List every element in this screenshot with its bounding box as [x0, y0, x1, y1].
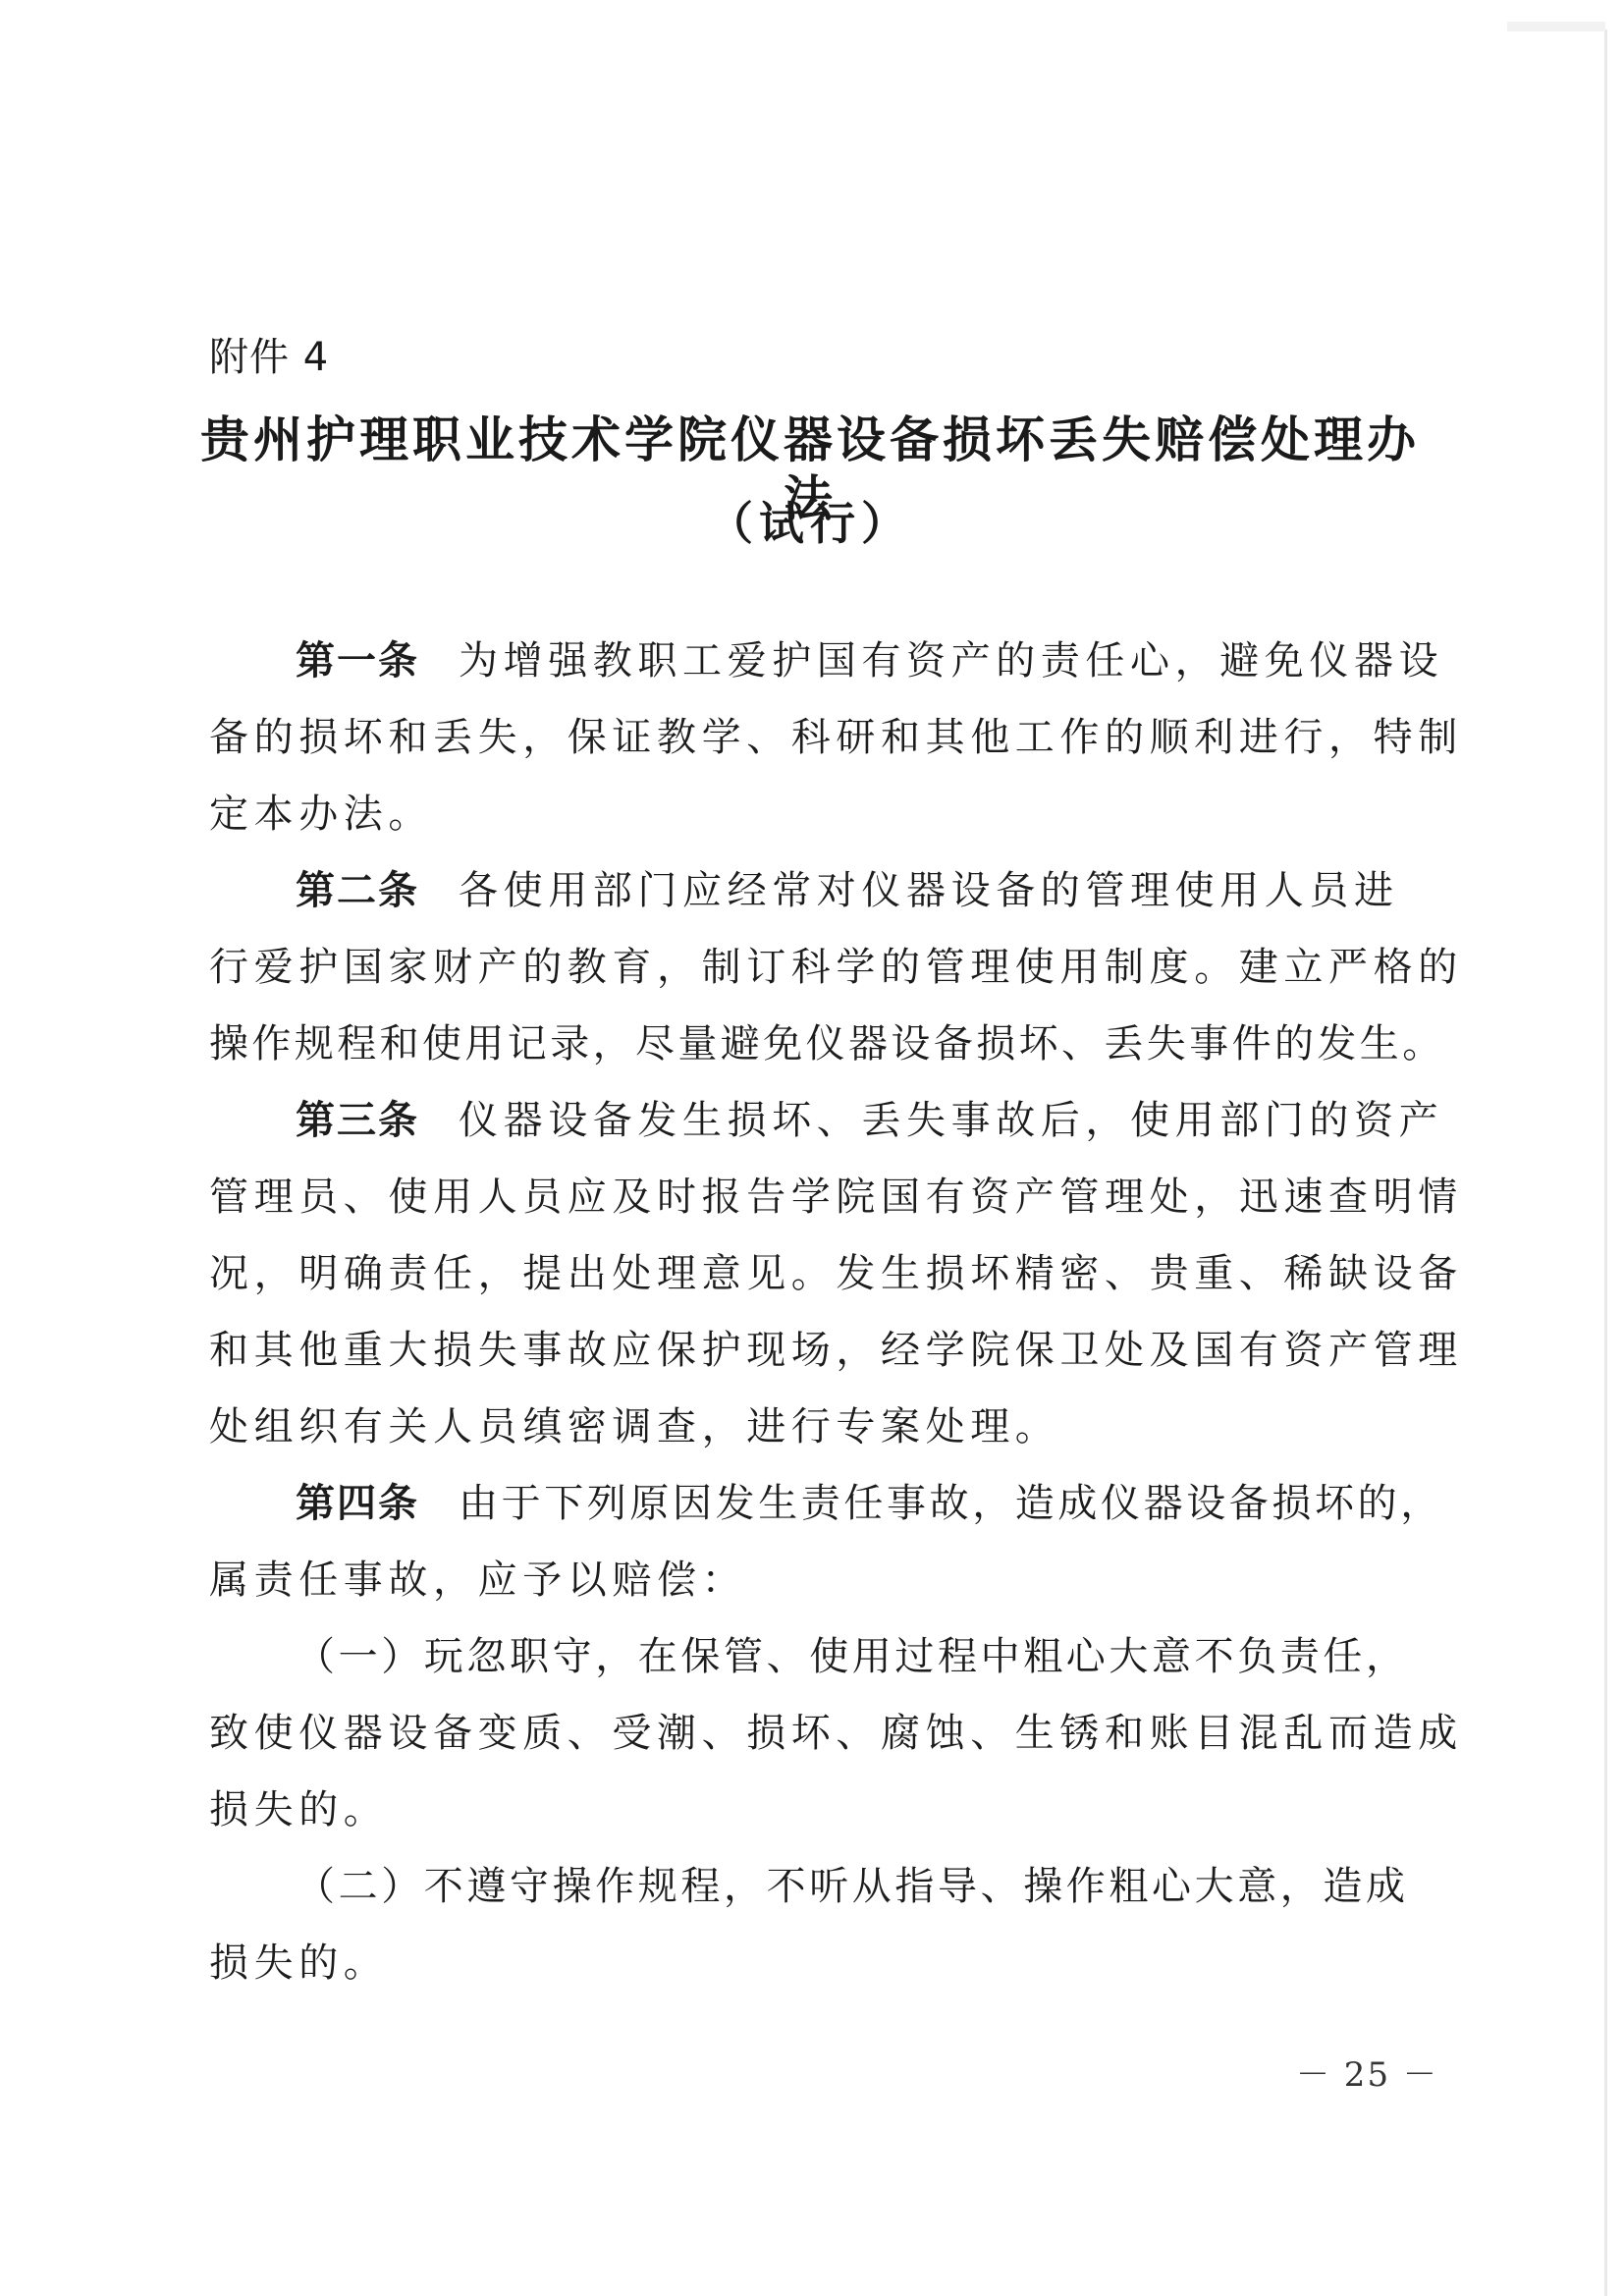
article-4-line-2: 属责任事故，应予以赔偿：	[209, 1542, 1422, 1618]
document-subtitle: （试行）	[196, 494, 1424, 553]
article-heading: 第二条	[296, 868, 419, 913]
article-1-line-1: 第一条为增强教职工爱护国有资产的责任心，避免仪器设	[209, 623, 1422, 699]
page-number: － 25 －	[1296, 2048, 1438, 2096]
article-2-line-1: 第二条各使用部门应经常对仪器设备的管理使用人员进	[209, 852, 1422, 929]
article-text: 由于下列原因发生责任事故，造成仪器设备损坏的，	[459, 1481, 1443, 1526]
article-4-line-1: 第四条由于下列原因发生责任事故，造成仪器设备损坏的，	[209, 1465, 1422, 1542]
item-2-line-2: 损失的。	[209, 1925, 1422, 2001]
attachment-label: 附件 4	[209, 332, 329, 383]
article-heading: 第三条	[296, 1098, 419, 1143]
scan-edge-line	[1604, 29, 1607, 2296]
document-body: 第一条为增强教职工爱护国有资产的责任心，避免仪器设 备的损坏和丢失，保证教学、科…	[209, 623, 1422, 2001]
article-3-line-5: 处组织有关人员缜密调查，进行专案处理。	[209, 1389, 1422, 1465]
article-text: 仪器设备发生损坏、丢失事故后，使用部门的资产	[459, 1098, 1443, 1143]
article-3-line-1: 第三条仪器设备发生损坏、丢失事故后，使用部门的资产	[209, 1082, 1422, 1159]
article-2-line-3: 操作规程和使用记录，尽量避免仪器设备损坏、丢失事件的发生。	[209, 1006, 1422, 1082]
article-heading: 第一条	[296, 638, 419, 683]
article-1-line-2: 备的损坏和丢失，保证教学、科研和其他工作的顺利进行，特制	[209, 699, 1422, 776]
scan-smudge	[1507, 22, 1605, 31]
article-heading: 第四条	[296, 1481, 419, 1526]
item-1-line-2: 致使仪器设备变质、受潮、损坏、腐蚀、生锈和账目混乱而造成	[209, 1695, 1422, 1772]
article-2-line-2: 行爱护国家财产的教育，制订科学的管理使用制度。建立严格的	[209, 929, 1422, 1006]
article-3-line-4: 和其他重大损失事故应保护现场，经学院保卫处及国有资产管理	[209, 1312, 1422, 1389]
item-2-line-1: （二）不遵守操作规程，不听从指导、操作粗心大意，造成	[209, 1848, 1422, 1925]
article-3-line-3: 况，明确责任，提出处理意见。发生损坏精密、贵重、稀缺设备	[209, 1235, 1422, 1312]
article-text: 为增强教职工爱护国有资产的责任心，避免仪器设	[459, 638, 1443, 683]
item-1-line-3: 损失的。	[209, 1772, 1422, 1848]
article-1-line-3: 定本办法。	[209, 776, 1422, 852]
article-3-line-2: 管理员、使用人员应及时报告学院国有资产管理处，迅速查明情	[209, 1159, 1422, 1235]
article-text: 各使用部门应经常对仪器设备的管理使用人员进	[459, 868, 1399, 913]
item-1-line-1: （一）玩忽职守，在保管、使用过程中粗心大意不负责任，	[209, 1618, 1422, 1695]
